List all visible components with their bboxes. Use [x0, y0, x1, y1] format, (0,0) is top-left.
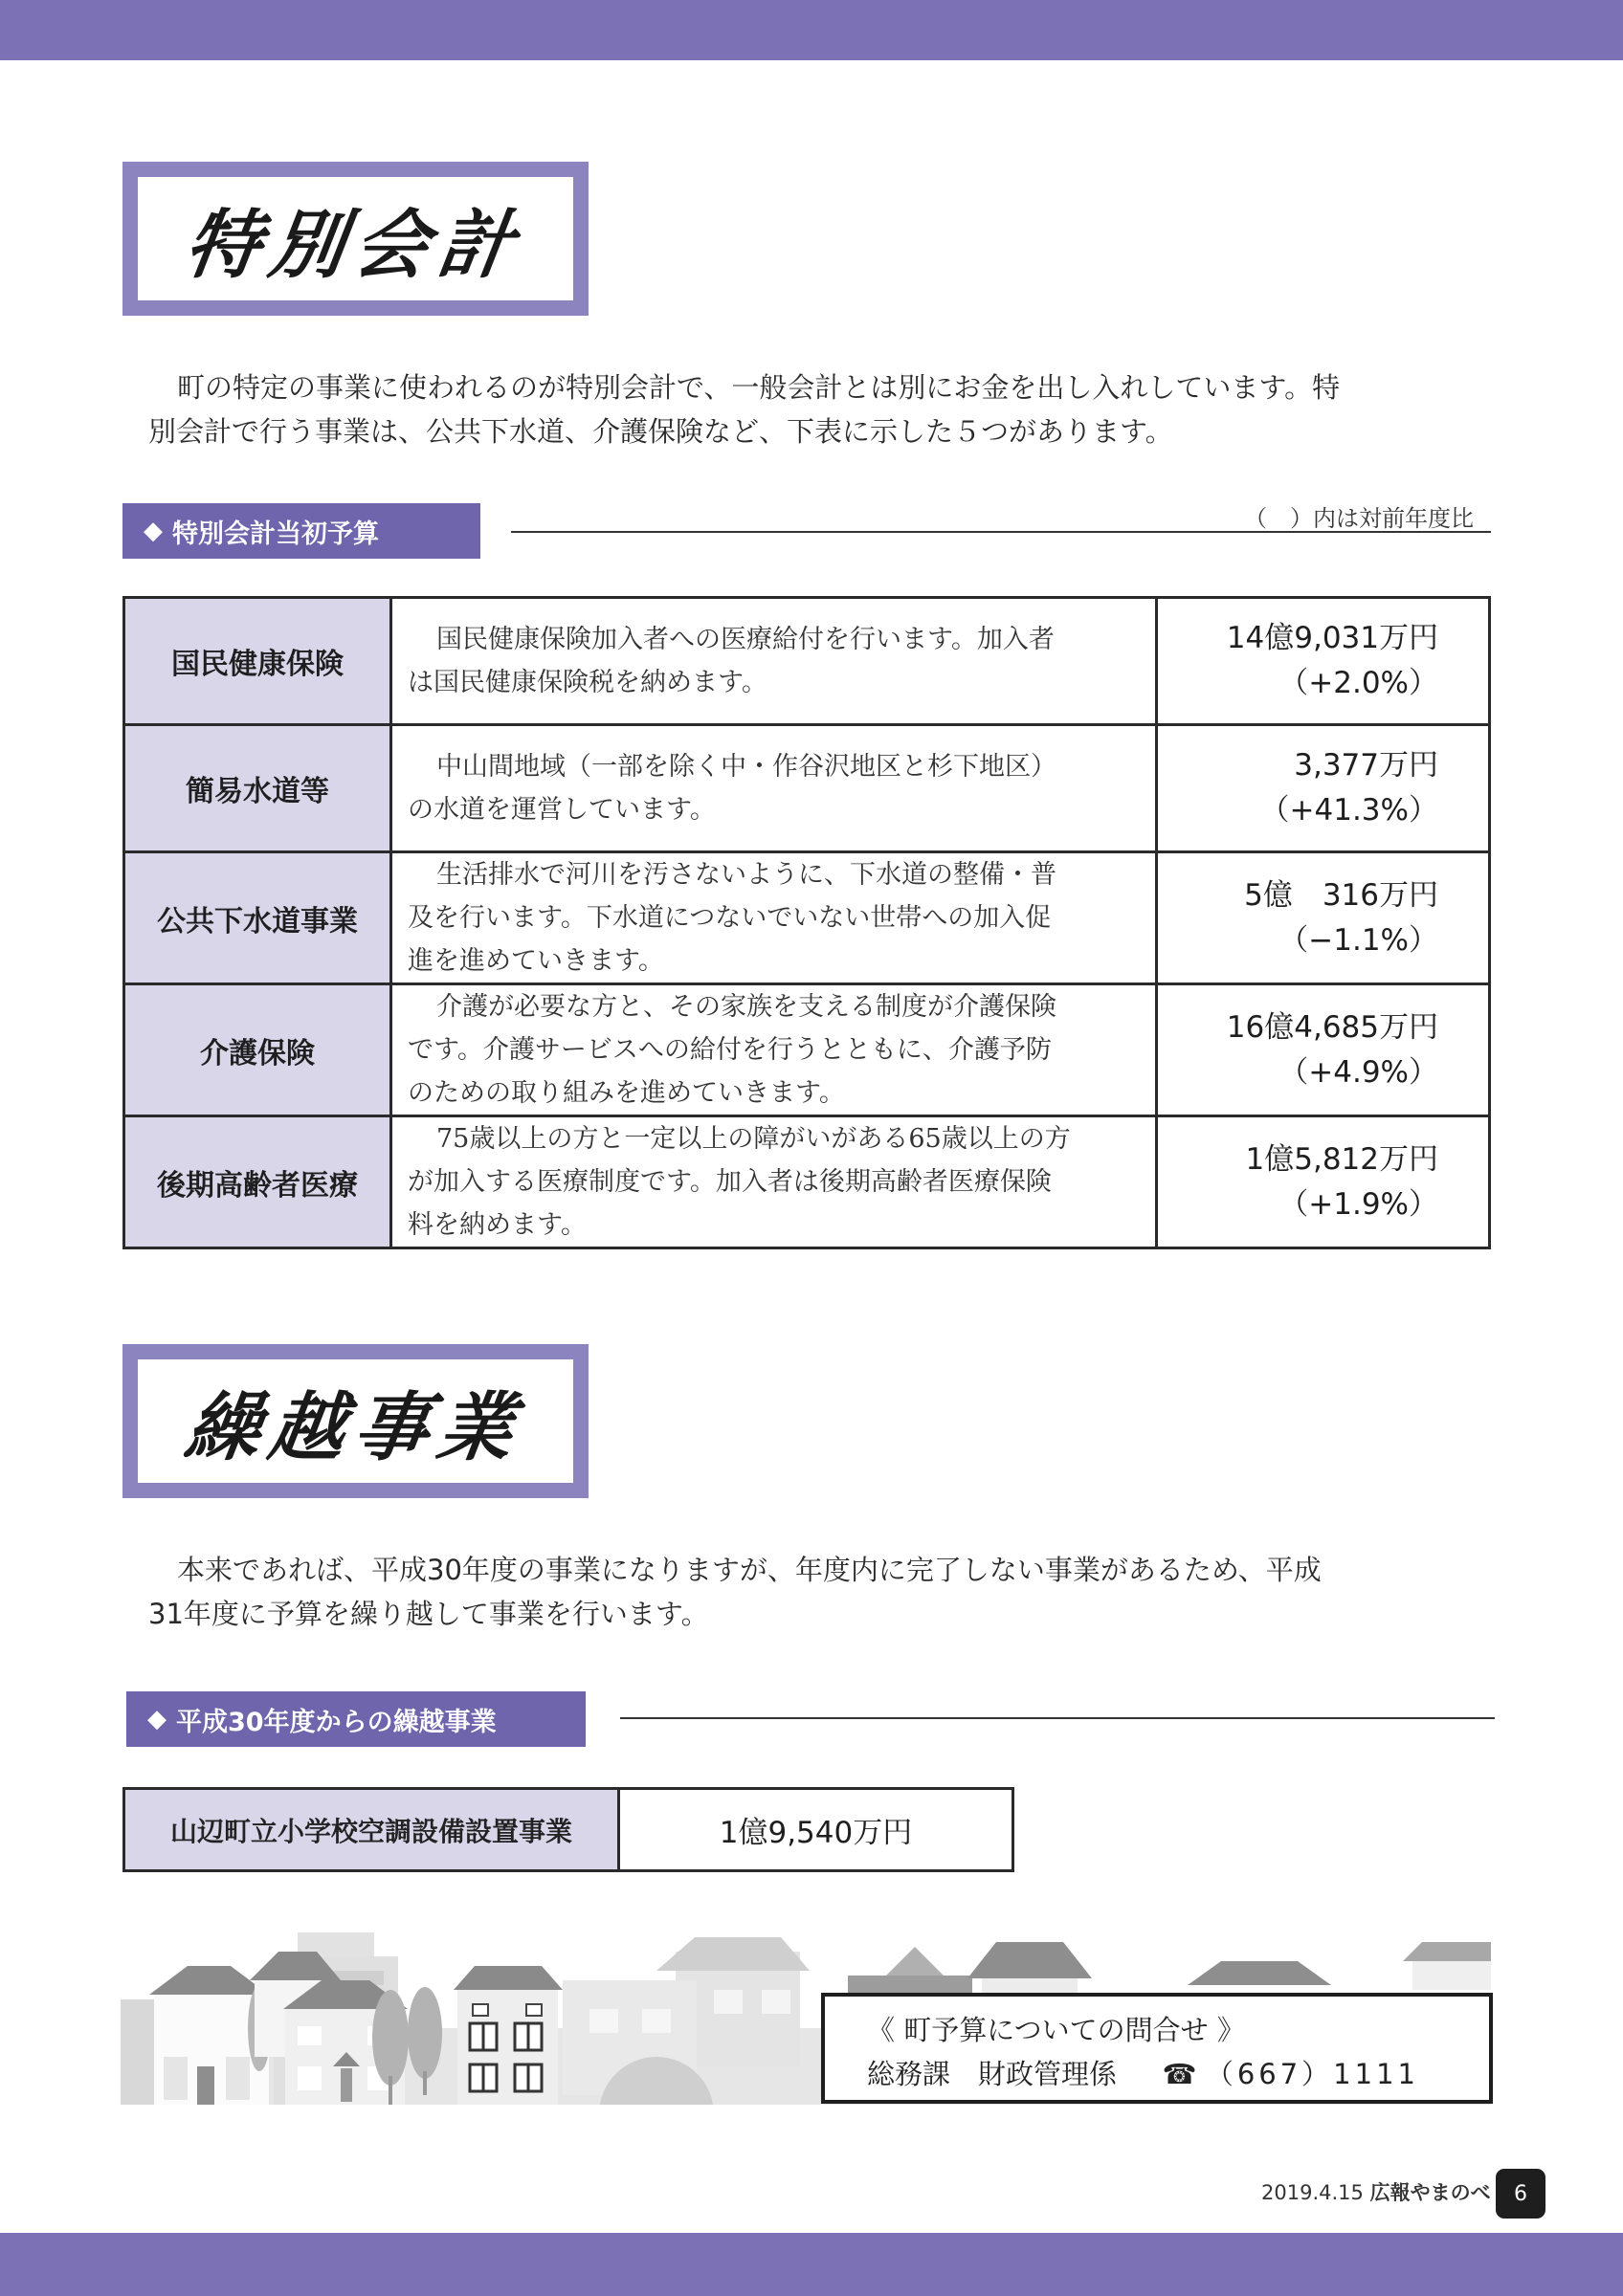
section-tag-label: 平成30年度からの繰越事業 [176, 1701, 497, 1738]
desc-line: 料を納めます。 [408, 1203, 1142, 1247]
contact-line: 総務課 財政管理係 ☎ （667）1111 [867, 2052, 1489, 2096]
desc-line: は国民健康保険税を納めます。 [408, 661, 1142, 704]
desc-line: が加入する医療制度です。加入者は後期高齢者医療保険 [408, 1160, 1142, 1203]
yoy-change: （+1.9%） [1159, 1182, 1438, 1227]
phone-icon: ☎ [1162, 2058, 1196, 2090]
account-name: 後期高齢者医療 [124, 1116, 391, 1248]
table-row: 後期高齢者医療 75歳以上の方と一定以上の障がいがある65歳以上の方 が加入する… [124, 1116, 1490, 1248]
carryover-lead: 本来であれば、平成30年度の事業になりますが、年度内に完了しない事業があるため、… [148, 1548, 1421, 1636]
lead-line: 別会計で行う事業は、公共下水道、介護保険など、下表に示した５つがあります。 [148, 409, 1421, 453]
table-row: 公共下水道事業 生活排水で河川を汚さないように、下水道の整備・普 及を行います。… [124, 852, 1490, 984]
bottom-color-band [0, 2233, 1623, 2296]
amount-value: 3,377万円 [1159, 743, 1438, 788]
yoy-change: （−1.1%） [1159, 918, 1438, 963]
amount-value: 14億9,031万円 [1159, 616, 1438, 661]
publication-name: 広報やまのべ [1370, 2181, 1491, 2204]
desc-line: 進を進めていきます。 [408, 939, 1142, 982]
contact-heading: 《 町予算についての問合せ 》 [867, 2008, 1489, 2052]
top-color-band [0, 0, 1623, 60]
amount-value: 1億5,812万円 [1159, 1137, 1438, 1182]
issue-date: 2019.4.15 [1261, 2181, 1364, 2204]
section-divider [620, 1717, 1495, 1719]
account-amount: 16億4,685万円 （+4.9%） [1157, 984, 1490, 1116]
table-row: 簡易水道等 中山間地域（一部を除く中・作谷沢地区と杉下地区） の水道を運営してい… [124, 725, 1490, 852]
special-accounts-table: 国民健康保険 国民健康保険加入者への医療給付を行います。加入者 は国民健康保険税… [122, 596, 1491, 1249]
account-amount: 1億5,812万円 （+1.9%） [1157, 1116, 1490, 1248]
contact-box: 《 町予算についての問合せ 》 総務課 財政管理係 ☎ （667）1111 [821, 1993, 1493, 2104]
desc-line: 国民健康保険加入者への医療給付を行います。加入者 [408, 618, 1142, 661]
section-tag-initial-budget: ◆ 特別会計当初予算 [122, 503, 480, 559]
account-amount: 5億 316万円 （−1.1%） [1157, 852, 1490, 984]
amount-value: 16億4,685万円 [1159, 1005, 1438, 1050]
account-amount: 3,377万円 （+41.3%） [1157, 725, 1490, 852]
account-description: 75歳以上の方と一定以上の障がいがある65歳以上の方 が加入する医療制度です。加… [391, 1116, 1157, 1248]
desc-line: 介護が必要な方と、その家族を支える制度が介護保険 [408, 985, 1142, 1028]
lead-line: 本来であれば、平成30年度の事業になりますが、年度内に完了しない事業があるため、… [148, 1548, 1421, 1592]
account-description: 中山間地域（一部を除く中・作谷沢地区と杉下地区） の水道を運営しています。 [391, 725, 1157, 852]
diamond-icon: ◆ [144, 517, 163, 545]
amount-value: 5億 316万円 [1159, 873, 1438, 918]
carryover-table: 山辺町立小学校空調設備設置事業 1億9,540万円 [122, 1787, 1014, 1872]
account-description: 生活排水で河川を汚さないように、下水道の整備・普 及を行います。下水道につないで… [391, 852, 1157, 984]
yoy-change: （+41.3%） [1159, 788, 1438, 833]
yoy-change: （+2.0%） [1159, 661, 1438, 706]
footer-issue: 2019.4.15 広報やまのべ [1261, 2177, 1491, 2206]
yoy-note: （ ）内は対前年度比 [1244, 499, 1474, 533]
carryover-title-box: 繰越事業 [122, 1344, 589, 1498]
account-name: 公共下水道事業 [124, 852, 391, 984]
contact-department: 総務課 財政管理係 [867, 2058, 1117, 2090]
account-name: 介護保険 [124, 984, 391, 1116]
table-row: 山辺町立小学校空調設備設置事業 1億9,540万円 [124, 1789, 1013, 1871]
contact-phone: （667）1111 [1206, 2058, 1419, 2090]
special-accounts-title: 特別会計 [180, 186, 532, 293]
table-row: 介護保険 介護が必要な方と、その家族を支える制度が介護保険 です。介護サービスへ… [124, 984, 1490, 1116]
desc-line: 中山間地域（一部を除く中・作谷沢地区と杉下地区） [408, 745, 1142, 788]
section-tag-label: 特別会計当初予算 [172, 513, 379, 550]
desc-line: の水道を運営しています。 [408, 788, 1142, 831]
lead-line: 町の特定の事業に使われるのが特別会計で、一般会計とは別にお金を出し入れしています… [148, 365, 1421, 409]
lead-line: 31年度に予算を繰り越して事業を行います。 [148, 1592, 1421, 1636]
account-name: 簡易水道等 [124, 725, 391, 852]
carryover-title: 繰越事業 [180, 1368, 532, 1475]
desc-line: 及を行います。下水道につないでいない世帯への加入促 [408, 896, 1142, 939]
diamond-icon: ◆ [147, 1705, 167, 1733]
desc-line: のための取り組みを進めていきます。 [408, 1071, 1142, 1115]
page-number: 6 [1496, 2169, 1545, 2219]
section-tag-carryover: ◆ 平成30年度からの繰越事業 [126, 1691, 586, 1747]
desc-line: 生活排水で河川を汚さないように、下水道の整備・普 [408, 853, 1142, 896]
project-amount: 1億9,540万円 [619, 1789, 1013, 1871]
yoy-change: （+4.9%） [1159, 1050, 1438, 1095]
account-description: 介護が必要な方と、その家族を支える制度が介護保険 です。介護サービスへの給付を行… [391, 984, 1157, 1116]
special-accounts-lead: 町の特定の事業に使われるのが特別会計で、一般会計とは別にお金を出し入れしています… [148, 365, 1421, 453]
account-name: 国民健康保険 [124, 598, 391, 725]
project-name: 山辺町立小学校空調設備設置事業 [124, 1789, 619, 1871]
account-description: 国民健康保険加入者への医療給付を行います。加入者 は国民健康保険税を納めます。 [391, 598, 1157, 725]
account-amount: 14億9,031万円 （+2.0%） [1157, 598, 1490, 725]
desc-line: 75歳以上の方と一定以上の障がいがある65歳以上の方 [408, 1117, 1142, 1160]
special-accounts-title-box: 特別会計 [122, 162, 589, 316]
desc-line: です。介護サービスへの給付を行うとともに、介護予防 [408, 1028, 1142, 1071]
table-row: 国民健康保険 国民健康保険加入者への医療給付を行います。加入者 は国民健康保険税… [124, 598, 1490, 725]
